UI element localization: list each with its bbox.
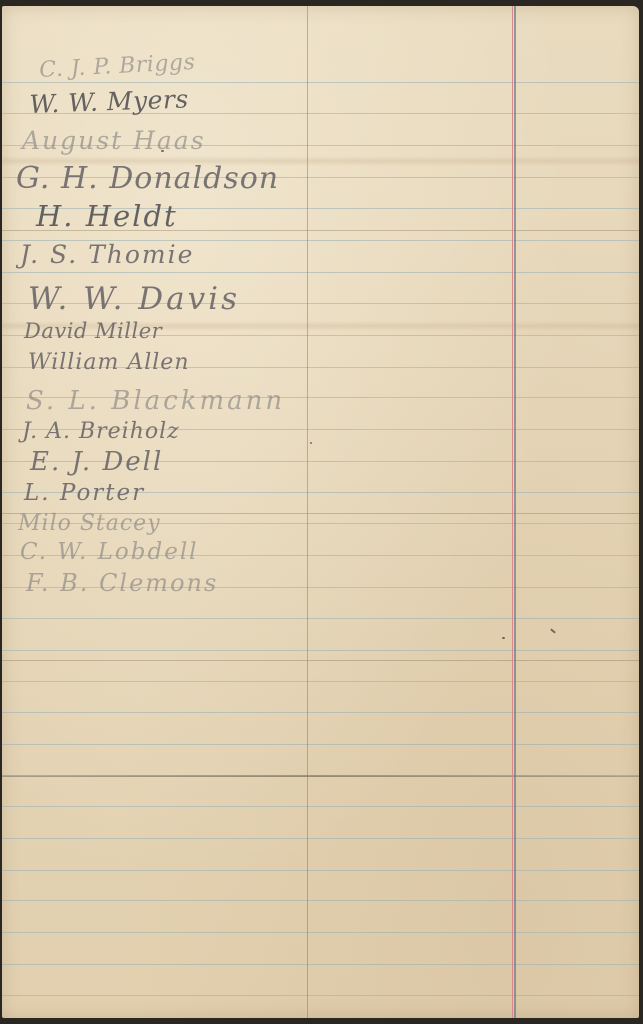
signature: William Allen — [28, 350, 190, 375]
signature: G. H. Donaldson — [16, 161, 279, 196]
signature: David Miller — [24, 319, 162, 343]
signature: J. A. Breiholz — [22, 419, 180, 444]
signature: August Haas — [22, 126, 206, 155]
signature: W. W. Myers — [29, 84, 189, 119]
signature: J. S. Thomie — [20, 240, 194, 269]
signature: L. Porter — [24, 480, 145, 506]
signature: C. W. Lobdell — [20, 539, 199, 565]
signature: C. J. P. Briggs — [39, 50, 196, 83]
signature: W. W. Davis — [28, 281, 240, 317]
signature: E. J. Dell — [30, 447, 163, 477]
signature: S. L. Blackmann — [26, 386, 285, 416]
signature: F. B. Clemons — [26, 569, 218, 597]
signature: H. Heldt — [36, 199, 178, 233]
signature-list: C. J. P. Briggs W. W. Myers August Haas … — [2, 6, 639, 1018]
signature: Milo Stacey — [18, 511, 161, 536]
ruled-paper-sheet: C. J. P. Briggs W. W. Myers August Haas … — [2, 6, 639, 1018]
